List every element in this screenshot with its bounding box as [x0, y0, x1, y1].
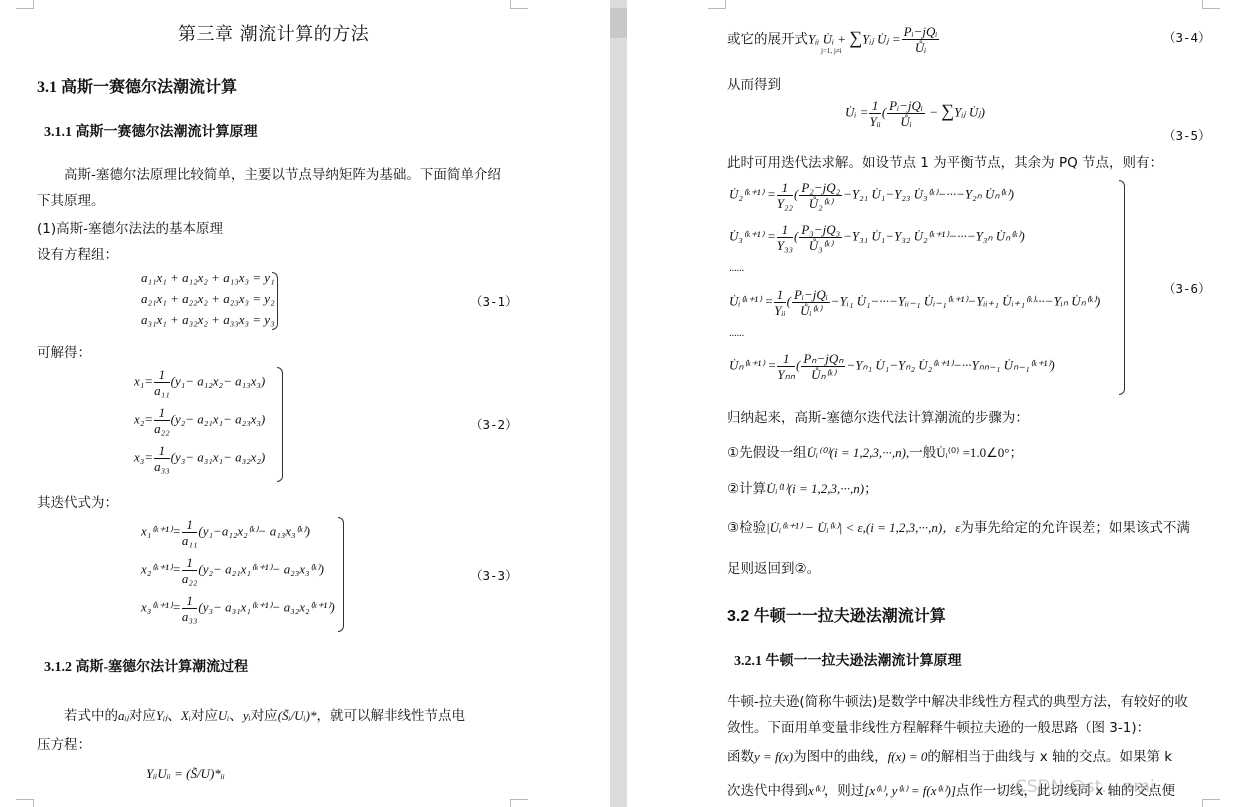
equation-number: （3-6） — [1163, 279, 1211, 297]
section-heading-3-1-2: 3.1.2 高斯-塞德尔法计算潮流过程 — [44, 656, 248, 676]
text: ； — [864, 481, 878, 497]
equation-lhs: x₂= — [134, 411, 153, 426]
ellipsis: ······ — [729, 266, 744, 277]
equation-number: （3-2） — [470, 415, 518, 433]
equation-line: U̇ᵢ⁽ᵏ⁺¹⁾ =1Yᵢᵢ(Pᵢ−jQᵢŮᵢ⁽ᵏ⁾−Yᵢ₁ U̇₁−···−Y… — [729, 287, 1100, 318]
math-inline: y = f(x) — [754, 749, 793, 764]
text: 次迭代中得到 — [727, 783, 808, 799]
fraction-denominator: Ů₂⁽ᵏ⁾ — [799, 196, 842, 211]
fraction-numerator: Pᵢ−jQᵢ — [792, 287, 830, 303]
fraction-denominator: a₃₃ — [182, 609, 198, 624]
math-inline: U̇ᵢ⁽⁰⁾ =1.0∠0° — [936, 445, 1009, 460]
math-inline: Yᵢⱼ U̇ⱼ = — [862, 32, 901, 47]
paragraph-function: 函数y = f(x)为图中的曲线，f(x) = 0的解相当于曲线与 x 轴的交点… — [727, 745, 1172, 765]
text: 若式中的 — [64, 708, 118, 724]
list-item-1: (1)高斯-塞德尔法法的基本原理 — [37, 217, 223, 237]
sum-bottom-limit: j=1, j≠i — [821, 47, 842, 55]
paren: ( — [882, 104, 886, 119]
fraction-numerator: 1 — [777, 222, 793, 238]
fraction-denominator: a₁₁ — [154, 383, 170, 398]
fraction-denominator: Yᵢᵢ — [774, 303, 785, 318]
fraction-numerator: 1 — [154, 443, 170, 459]
equation-number: （3-4） — [1163, 28, 1211, 46]
iteration-label: 其迭代式为： — [37, 491, 118, 511]
text: 为图中的曲线， — [793, 749, 888, 765]
math-inline: Uᵢ — [218, 708, 229, 723]
fraction-numerator: Pᵢ−jQᵢ — [902, 24, 940, 40]
fraction-denominator: Ů₃⁽ᵏ⁾ — [799, 238, 842, 253]
fraction-numerator: 1 — [869, 98, 880, 114]
equation-line: U̇ₙ⁽ᵏ⁺¹⁾ =1Yₙₙ(Pₙ−jQₙŮₙ⁽ᵏ⁾−Yₙ₁ U̇₁−Yₙ₂ U… — [729, 351, 1055, 382]
ellipsis: ······ — [729, 331, 744, 342]
step-3: ③检验|U̇ᵢ⁽ᵏ⁺¹⁾ − U̇ᵢ⁽ᵏ⁾| < ε,(i = 1,2,3,··… — [727, 516, 1190, 536]
margin-corner-marker — [510, 799, 528, 807]
equation-node-voltage: YᵢᵢUᵢᵢ = (S̃/U)*ᵢᵢ — [146, 766, 225, 782]
equation-rhs: −Y₃₁ U̇₁−Y₃₂ U̇₂⁽ᵏ⁺¹⁾−···−Y₃ₙ U̇ₙ⁽ᵏ⁾) — [843, 228, 1025, 243]
text: ，就可以解非线性节点电 — [316, 708, 465, 724]
equation-rhs: Yᵢⱼ U̇ⱼ) — [954, 104, 985, 119]
fraction-numerator: Pᵢ−jQᵢ — [887, 98, 925, 114]
watermark: CSDN @st... omi — [1015, 777, 1155, 797]
text: 对应 — [191, 708, 218, 724]
margin-corner-marker — [708, 0, 726, 9]
equation-set-label: 设有方程组： — [37, 243, 118, 263]
text: ③检验 — [727, 520, 766, 536]
equation-line: x₃=1a₃₃(y₃− a₃₁x₁− a₃₂x₂) — [134, 443, 265, 474]
equation-lhs: x₁⁽ᵏ⁺¹⁾= — [141, 523, 181, 538]
text: ； — [1010, 445, 1024, 461]
page-gutter — [610, 0, 627, 807]
right-brace — [338, 517, 344, 632]
equation-rhs: −Yₙ₁ U̇₁−Yₙ₂ U̇₂⁽ᵏ⁺¹⁾−···Yₙₙ₋₁ U̇ₙ₋₁⁽ᵏ⁺¹… — [846, 357, 1054, 372]
equation-line: a₂₁x₁ + a₂₂x₂ + a₂₃x₃ = y₂ — [141, 291, 275, 307]
equation-line: x₃⁽ᵏ⁺¹⁾=1a₃₃(y₃− a₃₁x₁⁽ᵏ⁺¹⁾− a₃₂x₂⁽ᵏ⁺¹⁾) — [141, 593, 335, 624]
fraction-denominator: Ůᵢ — [887, 114, 925, 129]
margin-corner-marker — [510, 0, 528, 9]
fraction-numerator: P₂−jQ₂ — [799, 180, 842, 196]
step-3-line2: 足则返回到②。 — [727, 557, 820, 577]
equation-line: a₁₁x₁ + a₁₂x₂ + a₁₃x₃ = y₁ — [141, 270, 275, 286]
fraction-denominator: Ůᵢ — [902, 40, 940, 55]
equation-rhs: (y₁− a₁₂x₂− a₁₃x₃) — [171, 373, 266, 388]
text: 一般 — [909, 445, 936, 461]
step-2: ②计算U̇ᵢ⁽¹⁾(i = 1,2,3,···,n)； — [727, 477, 878, 497]
text: ①先假设一组 — [727, 445, 807, 461]
section-heading-3-2: 3.2 牛顿一一拉夫逊法潮流计算 — [727, 603, 946, 626]
equation-number: （3-3） — [470, 566, 518, 584]
chapter-title: 第三章 潮流计算的方法 — [178, 20, 369, 46]
document-page-right: 或它的展开式Yᵢᵢ U̇ᵢ + ∑Yᵢⱼ U̇ⱼ =Pᵢ−jQᵢŮᵢ j=1, … — [627, 0, 1233, 807]
fraction-denominator: a₂₂ — [182, 571, 198, 586]
right-brace — [1119, 180, 1125, 395]
margin-corner-marker — [1202, 799, 1220, 807]
paragraph-intro-line1: 高斯-塞德尔法原理比较简单，主要以节点导纳矩阵为基础。下面简单介绍 — [64, 163, 501, 183]
right-brace — [277, 367, 283, 482]
fraction-denominator: Yᵢᵢ — [869, 114, 880, 129]
fraction-denominator: a₃₃ — [154, 459, 170, 474]
fraction-numerator: 1 — [182, 517, 198, 533]
iteration-intro: 此时可用迭代法求解。如设节点 1 为平衡节点，其余为 PQ 节点，则有： — [727, 151, 1163, 171]
fraction-numerator: 1 — [777, 180, 793, 196]
step-1: ①先假设一组U̇ᵢ⁽⁰⁾(i = 1,2,3,···,n),一般U̇ᵢ⁽⁰⁾ =… — [727, 441, 1023, 461]
fraction-numerator: 1 — [777, 351, 795, 367]
equation-lhs: x₂⁽ᵏ⁺¹⁾= — [141, 561, 181, 576]
fraction-denominator: a₂₂ — [154, 421, 170, 436]
scroll-shadow — [610, 8, 627, 38]
equation-rhs: (y₃− a₃₁x₁− a₃₂x₂) — [171, 449, 266, 464]
equation-line: x₁⁽ᵏ⁺¹⁾=1a₁₁(y₁−a₁₂x₂⁽ᵏ⁾− a₁₃x₃⁽ᵏ⁾) — [141, 517, 310, 548]
sum-symbol: ∑ — [849, 28, 862, 48]
equation-lhs: U̇ᵢ = — [845, 104, 868, 119]
solve-label: 可解得： — [37, 341, 91, 361]
fraction-numerator: 1 — [182, 593, 198, 609]
sum-symbol: ∑ — [941, 100, 954, 120]
math-inline: |U̇ᵢ⁽ᵏ⁺¹⁾ − U̇ᵢ⁽ᵏ⁾| < ε,(i = 1,2,3,···,n… — [766, 520, 955, 535]
equation-number: （3-5） — [1163, 126, 1211, 144]
text: ②计算 — [727, 481, 766, 497]
math-inline: x⁽ᵏ⁾ — [808, 783, 824, 798]
fraction-denominator: Ůₙ⁽ᵏ⁾ — [801, 367, 845, 382]
fraction-numerator: P₃−jQ₃ — [799, 222, 842, 238]
paragraph-newton-line1: 牛顿-拉夫逊(简称牛顿法)是数学中解决非线性方程式的典型方法，有较好的收 — [727, 690, 1188, 710]
text: 函数 — [727, 749, 754, 765]
section-heading-3-2-1: 3.2.1 牛顿一一拉夫逊法潮流计算原理 — [734, 650, 962, 670]
text: ，则过 — [824, 783, 865, 799]
right-brace — [272, 272, 278, 330]
equation-line: U̇₃⁽ᵏ⁺¹⁾ =1Y₃₃(P₃−jQ₃Ů₃⁽ᵏ⁾−Y₃₁ U̇₁−Y₃₂ U… — [729, 222, 1025, 253]
equation-rhs: (y₂− a₂₁x₁− a₂₃x₃) — [171, 411, 266, 426]
text: 为事先给定的允许误差；如果该式不满 — [960, 520, 1190, 536]
margin-corner-marker — [16, 799, 34, 807]
math-inline: U̇ᵢ⁽¹⁾(i = 1,2,3,···,n) — [766, 481, 864, 496]
text: 或它的展开式 — [727, 32, 808, 48]
math-inline: Xᵢ — [181, 708, 191, 723]
equation-rhs: (y₃− a₃₁x₁⁽ᵏ⁺¹⁾− a₃₂x₂⁽ᵏ⁺¹⁾) — [198, 599, 334, 614]
text: 对应 — [251, 708, 278, 724]
equation-line: x₂⁽ᵏ⁺¹⁾=1a₂₂(y₂− a₂₁x₁⁽ᵏ⁺¹⁾− a₂₃x₃⁽ᵏ⁾) — [141, 555, 324, 586]
math-inline: yᵢ — [243, 708, 251, 723]
math-inline: (S̃ᵢ/Uᵢ)* — [278, 708, 317, 723]
equation-lhs: x₃= — [134, 449, 153, 464]
equation-lhs: U̇₃⁽ᵏ⁺¹⁾ = — [729, 228, 776, 243]
equation-number: （3-1） — [470, 292, 518, 310]
fraction-numerator: 1 — [154, 367, 170, 383]
paragraph-intro-line2: 下其原理。 — [37, 189, 105, 209]
text: 的解相当于曲线与 x 轴的交点。如果第 k — [927, 749, 1172, 765]
paragraph-mapping-line1: 若式中的aᵢⱼ对应Yᵢⱼ、Xᵢ对应Uᵢ、yᵢ对应(S̃ᵢ/Uᵢ)*，就可以解非线… — [64, 704, 465, 724]
equation-line: U̇₂⁽ᵏ⁺¹⁾ =1Y₂₂(P₂−jQ₂Ů₂⁽ᵏ⁾−Y₂₁ U̇₁−Y₂₃ U… — [729, 180, 1014, 211]
derive-label: 从而得到 — [727, 73, 781, 93]
equation-3-5: U̇ᵢ =1Yᵢᵢ(Pᵢ−jQᵢŮᵢ − ∑Yᵢⱼ U̇ⱼ) — [845, 98, 985, 129]
math-inline: [x⁽ᵏ⁾, y⁽ᵏ⁾ = f(x⁽ᵏ⁾)] — [864, 783, 956, 798]
equation-line: x₁=1a₁₁(y₁− a₁₂x₂− a₁₃x₃) — [134, 367, 265, 398]
fraction-numerator: Pₙ−jQₙ — [801, 351, 845, 367]
equation-rhs: (y₂− a₂₁x₁⁽ᵏ⁺¹⁾− a₂₃x₃⁽ᵏ⁾) — [198, 561, 324, 576]
summary-label: 归纳起来，高斯-塞德尔迭代法计算潮流的步骤为： — [727, 406, 1029, 426]
math-inline: Yᵢⱼ — [156, 708, 168, 723]
fraction-denominator: Y₂₂ — [777, 196, 793, 211]
paragraph-newton-line2: 敛性。下面用单变量非线性方程解释牛顿拉夫逊的一般思路（图 3-1)： — [727, 716, 1150, 736]
fraction-denominator: a₁₁ — [182, 533, 198, 548]
equation-lhs: U̇ᵢ⁽ᵏ⁺¹⁾ = — [729, 293, 773, 308]
equation-lhs: x₁= — [134, 373, 153, 388]
math-inline: Yᵢᵢ U̇ᵢ + — [808, 32, 849, 47]
section-heading-3-1: 3.1 高斯一赛德尔法潮流计算 — [37, 74, 237, 97]
equation-lhs: U̇₂⁽ᵏ⁺¹⁾ = — [729, 186, 776, 201]
math-inline: f(x) = 0 — [888, 749, 928, 764]
fraction-denominator: Y₃₃ — [777, 238, 793, 253]
paragraph-mapping-line2: 压方程： — [37, 733, 91, 753]
fraction-denominator: Ůᵢ⁽ᵏ⁾ — [792, 303, 830, 318]
margin-corner-marker — [16, 0, 34, 9]
equation-rhs: −Yᵢ₁ U̇₁−···−Yᵢᵢ₋₁ U̇ᵢ₋₁⁽ᵏ⁺¹⁾−Yᵢᵢ₊₁ U̇ᵢ₊… — [831, 293, 1100, 308]
equation-lhs: U̇ₙ⁽ᵏ⁺¹⁾ = — [729, 357, 776, 372]
fraction-numerator: 1 — [182, 555, 198, 571]
equation-lhs: x₃⁽ᵏ⁺¹⁾= — [141, 599, 181, 614]
margin-corner-marker — [1202, 0, 1220, 9]
math-inline: U̇ᵢ⁽⁰⁾(i = 1,2,3,···,n), — [807, 445, 910, 460]
text: 对应 — [129, 708, 156, 724]
equation-line: a₃₁x₁ + a₃₂x₂ + a₃₃x₃ = y₃ — [141, 312, 275, 328]
equation-line: x₂=1a₂₂(y₂− a₂₁x₁− a₂₃x₃) — [134, 405, 265, 436]
fraction-numerator: 1 — [154, 405, 170, 421]
fraction-denominator: Yₙₙ — [777, 367, 795, 382]
section-heading-3-1-1: 3.1.1 高斯一赛德尔法潮流计算原理 — [44, 121, 258, 141]
equation-rhs: (y₁−a₁₂x₂⁽ᵏ⁾− a₁₃x₃⁽ᵏ⁾) — [198, 523, 309, 538]
equation-rhs: −Y₂₁ U̇₁−Y₂₃ U̇₃⁽ᵏ⁾−···−Y₂ₙ U̇ₙ⁽ᵏ⁾) — [843, 186, 1014, 201]
math-inline: aᵢⱼ — [118, 708, 129, 723]
document-page-left: 第三章 潮流计算的方法 3.1 高斯一赛德尔法潮流计算 3.1.1 高斯一赛德尔… — [0, 0, 610, 807]
fraction-numerator: 1 — [774, 287, 785, 303]
text: 、 — [229, 708, 243, 724]
text: 、 — [167, 708, 181, 724]
